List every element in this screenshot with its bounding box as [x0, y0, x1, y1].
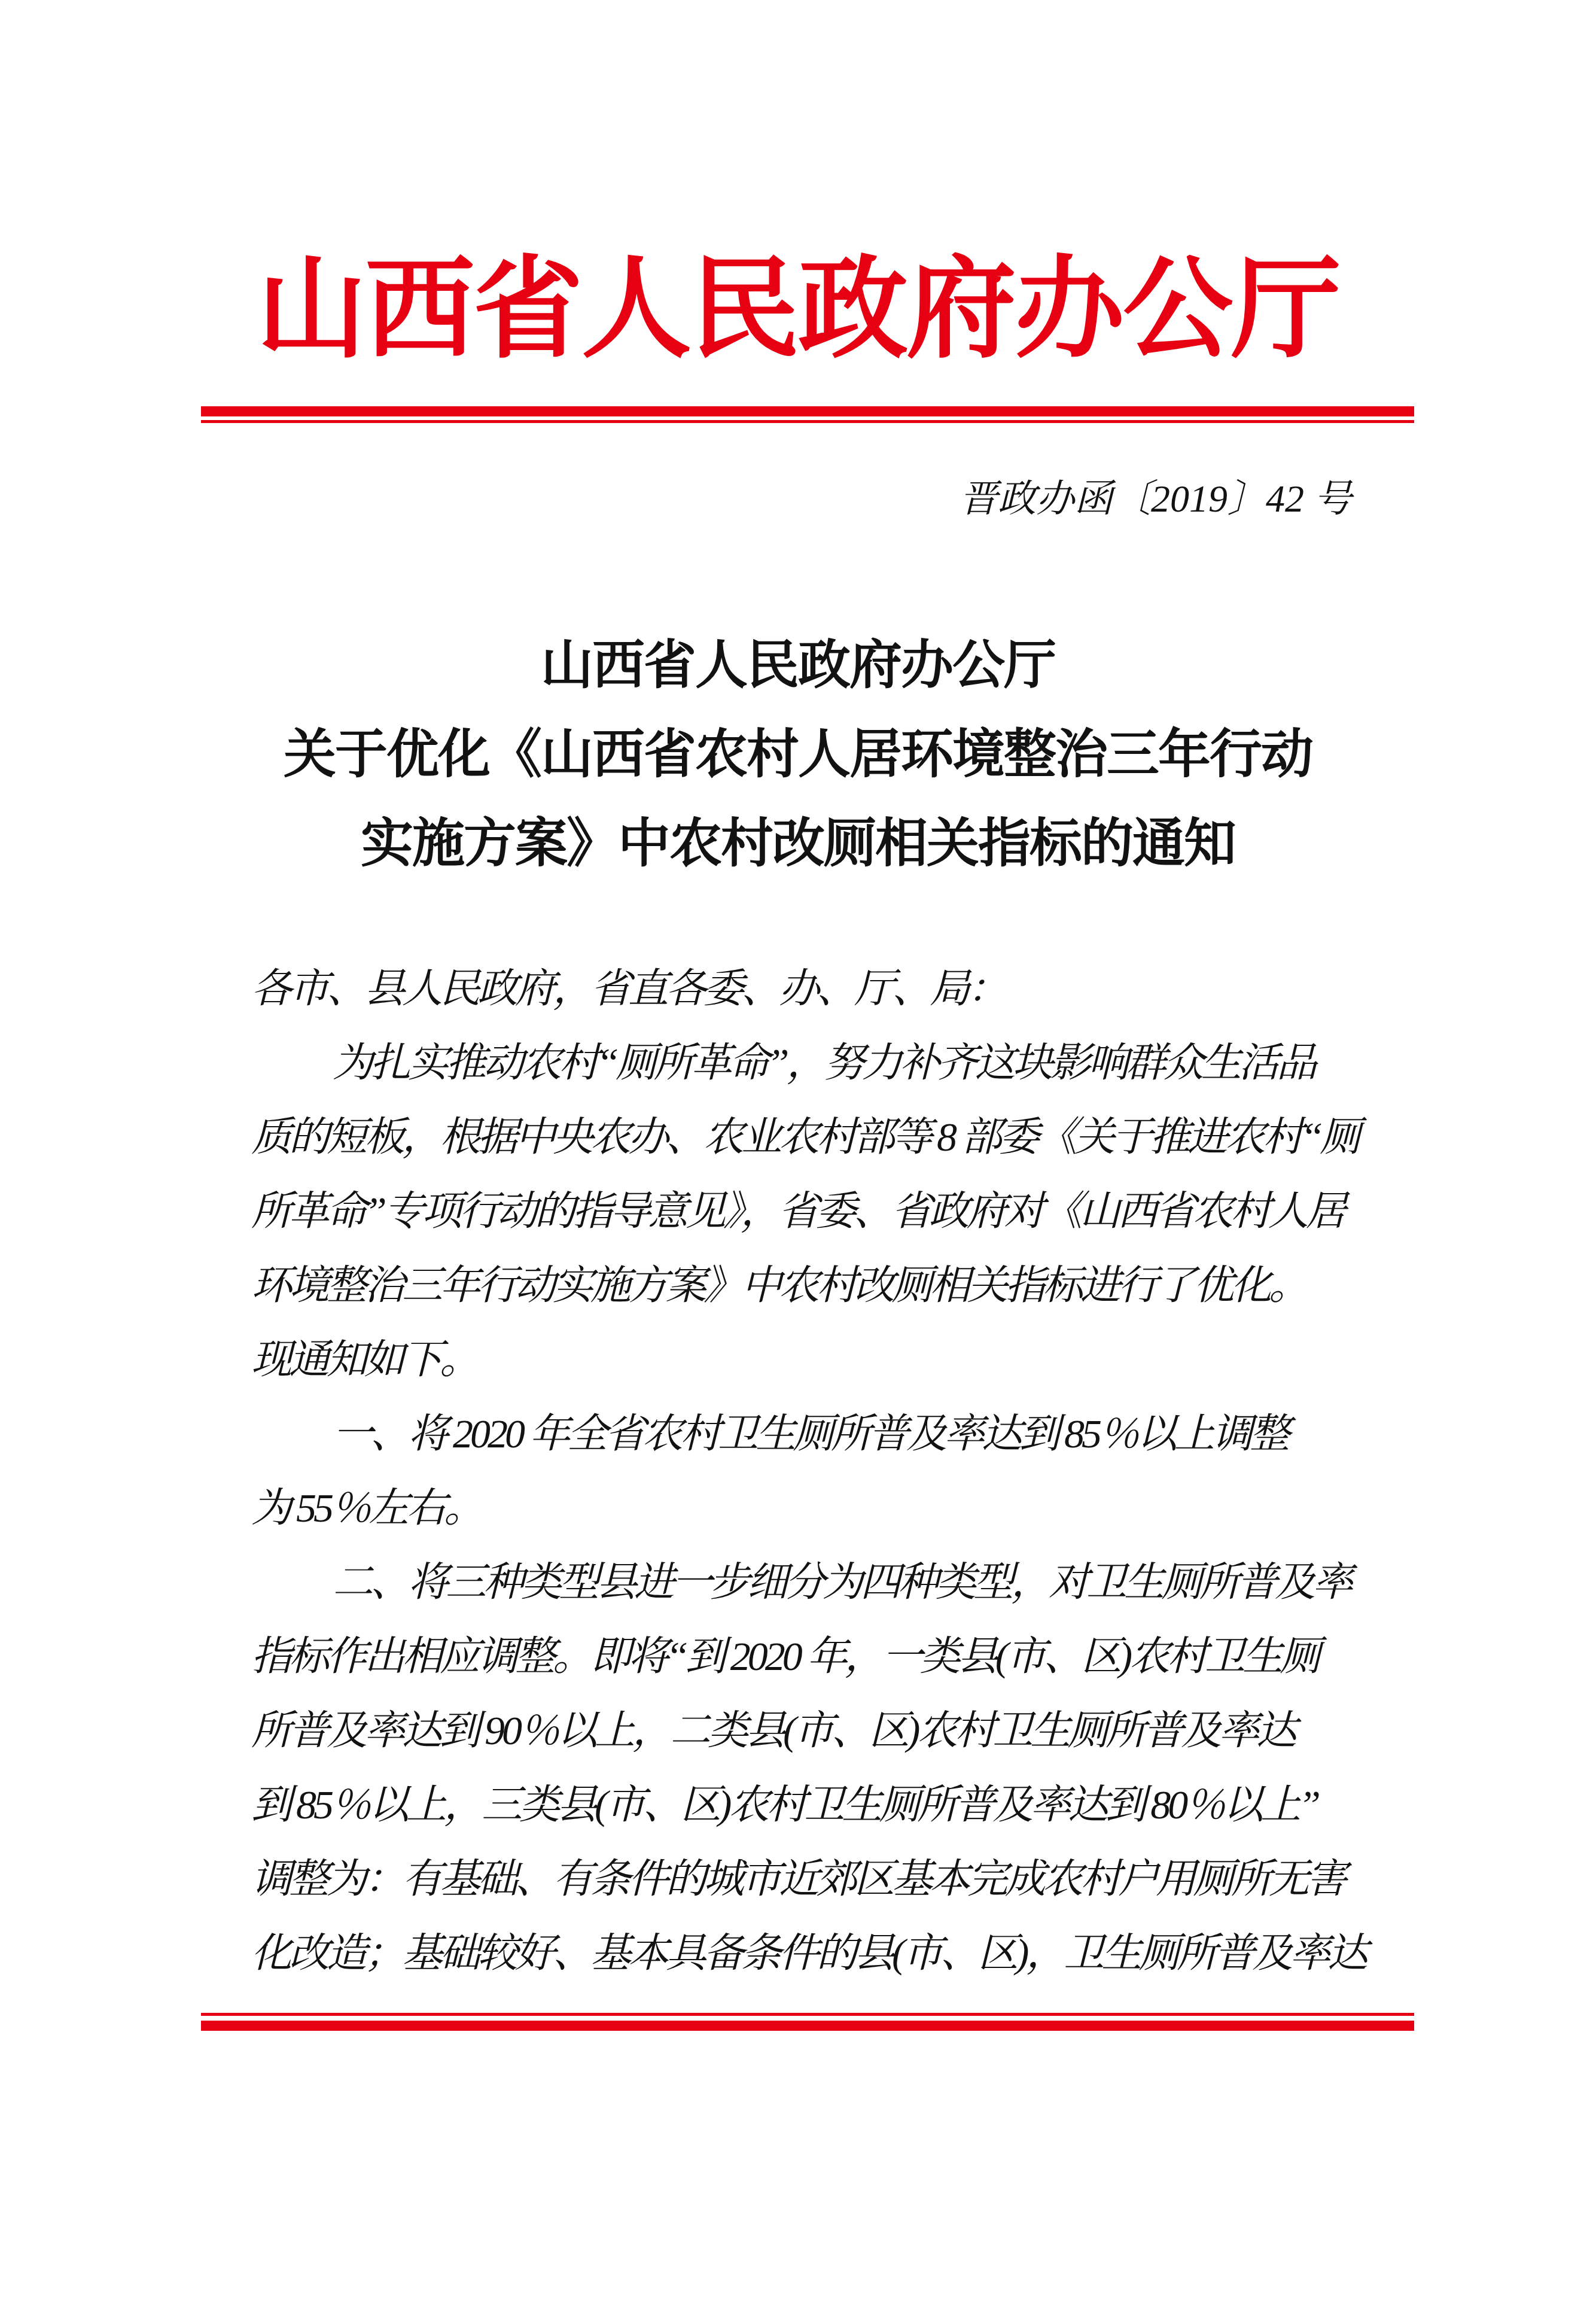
- body-line: 质的短板，根据中央农办、农业农村部等 8 部委《关于推进农村“厕: [251, 1100, 1376, 1174]
- document-title: 山西省人民政府办公厅 关于优化《山西省农村人居环境整治三年行动 实施方案》中农村…: [0, 621, 1596, 889]
- document-page: 山西省人民政府办公厅 晋政办函〔2019〕42 号 山西省人民政府办公厅 关于优…: [0, 0, 1596, 2321]
- body-line: 指标作出相应调整。即将“到 2020 年，一类县(市、区)农村卫生厕: [251, 1619, 1376, 1693]
- title-line-2: 关于优化《山西省农村人居环境整治三年行动: [0, 710, 1596, 799]
- letterhead-agency-name: 山西省人民政府办公厅: [0, 244, 1596, 376]
- body-line: 为 55％左右。: [251, 1471, 1376, 1545]
- body-line: 所普及率达到 90％以上，二类县(市、区)农村卫生厕所普及率达: [251, 1693, 1376, 1768]
- header-rule-thick: [201, 406, 1414, 416]
- footer-rule-thin: [201, 2013, 1414, 2016]
- body-line-item-1: 一、将 2020 年全省农村卫生厕所普及率达到 85％以上调整: [251, 1397, 1376, 1471]
- title-line-1: 山西省人民政府办公厅: [0, 621, 1596, 710]
- body-line: 环境整治三年行动实施方案》中农村改厕相关指标进行了优化。: [251, 1248, 1376, 1322]
- footer-rule-thick: [201, 2021, 1414, 2031]
- body-line: 现通知如下。: [251, 1322, 1376, 1397]
- salutation-line: 各市、县人民政府，省直各委、办、厅、局：: [251, 951, 1376, 1026]
- body-line: 所革命”专项行动的指导意见》，省委、省政府对《山西省农村人居: [251, 1174, 1376, 1248]
- document-body: 各市、县人民政府，省直各委、办、厅、局： 为扎实推动农村“厕所革命”，努力补齐这…: [251, 951, 1376, 1990]
- body-line-item-2: 二、将三种类型县进一步细分为四种类型，对卫生厕所普及率: [251, 1545, 1376, 1619]
- document-number: 晋政办函〔2019〕42 号: [960, 468, 1352, 523]
- body-line: 化改造；基础较好、基本具备条件的县(市、区)，卫生厕所普及率达: [251, 1916, 1376, 1990]
- body-line: 为扎实推动农村“厕所革命”，努力补齐这块影响群众生活品: [251, 1026, 1376, 1100]
- body-line: 调整为：有基础、有条件的城市近郊区基本完成农村户用厕所无害: [251, 1842, 1376, 1916]
- header-rule-thin: [201, 420, 1414, 423]
- title-line-3: 实施方案》中农村改厕相关指标的通知: [0, 799, 1596, 889]
- body-line: 到 85％以上，三类县(市、区)农村卫生厕所普及率达到 80％以上”: [251, 1768, 1376, 1842]
